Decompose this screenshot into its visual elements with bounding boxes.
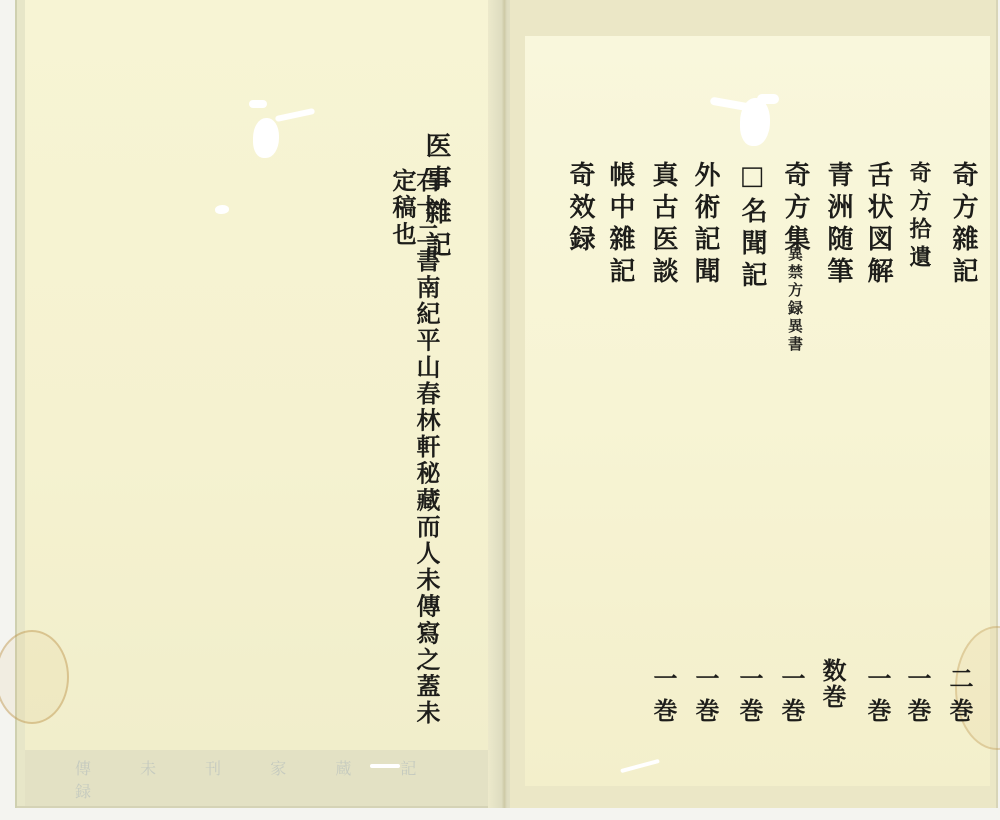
title-kihou-shuu: 奇方集 xyxy=(782,161,808,257)
wormhole xyxy=(370,764,400,768)
title-kihou-shuui: 奇方拾遺 xyxy=(908,161,930,273)
title-meibunki: □名聞記 xyxy=(739,161,765,293)
wormhole-trail xyxy=(620,759,660,773)
title-chouchuu-zakki: 帳中雜記 xyxy=(607,161,633,289)
right-page: 奇方雜記 奇方拾遺 舌状図解 青洲随筆 奇方集 異禁方録異書 □名聞記 外術記聞… xyxy=(510,0,998,808)
left-bottom-margin: 傳 未 刊 家 蔵 記 録 xyxy=(25,750,495,806)
wormhole xyxy=(253,118,279,158)
right-paper-sheet: 奇方雜記 奇方拾遺 舌状図解 青洲随筆 奇方集 異禁方録異書 □名聞記 外術記聞… xyxy=(525,36,990,786)
title-kikouroku: 奇效録 xyxy=(567,161,593,257)
volume-count: 一巻 xyxy=(779,666,803,730)
water-stain xyxy=(0,630,69,724)
title-kihou-zakki: 奇方雜記 xyxy=(950,161,976,289)
title-zetsujou-zukai: 舌状図解 xyxy=(865,161,891,289)
volume-count: 数巻 xyxy=(820,658,844,710)
wormhole-trail xyxy=(710,97,751,112)
title-gejutsu-kibun: 外術記聞 xyxy=(692,161,718,289)
colophon-text: 右十二書南紀平山春林軒秘藏而人未傳寫之蓋未定稿也 xyxy=(390,168,438,750)
volume-count: 二巻 xyxy=(947,666,971,730)
volume-count: 一巻 xyxy=(905,666,929,730)
wormhole-trail xyxy=(275,108,315,122)
wormhole-trail xyxy=(249,100,267,108)
title-note: 異禁方録異書 xyxy=(787,246,802,354)
volume-count: 一巻 xyxy=(651,666,675,730)
title-shinko-idan: 真古医談 xyxy=(650,161,676,289)
title-seishuu-zuihitsu: 青洲随筆 xyxy=(825,161,851,289)
volume-count: 一巻 xyxy=(693,666,717,730)
wormhole-small xyxy=(215,205,229,214)
wormhole-trail xyxy=(757,94,779,104)
volume-count: 一巻 xyxy=(865,666,889,730)
left-paper-sheet: 医事雜記 右十二書南紀平山春林軒秘藏而人未傳寫之蓋未定稿也 xyxy=(25,0,495,750)
bleed-through-text: 傳 未 刊 家 蔵 記 録 xyxy=(75,756,495,802)
left-page: 医事雜記 右十二書南紀平山春林軒秘藏而人未傳寫之蓋未定稿也 傳 未 刊 家 蔵 … xyxy=(15,0,512,808)
volume-count: 一巻 xyxy=(737,666,761,730)
